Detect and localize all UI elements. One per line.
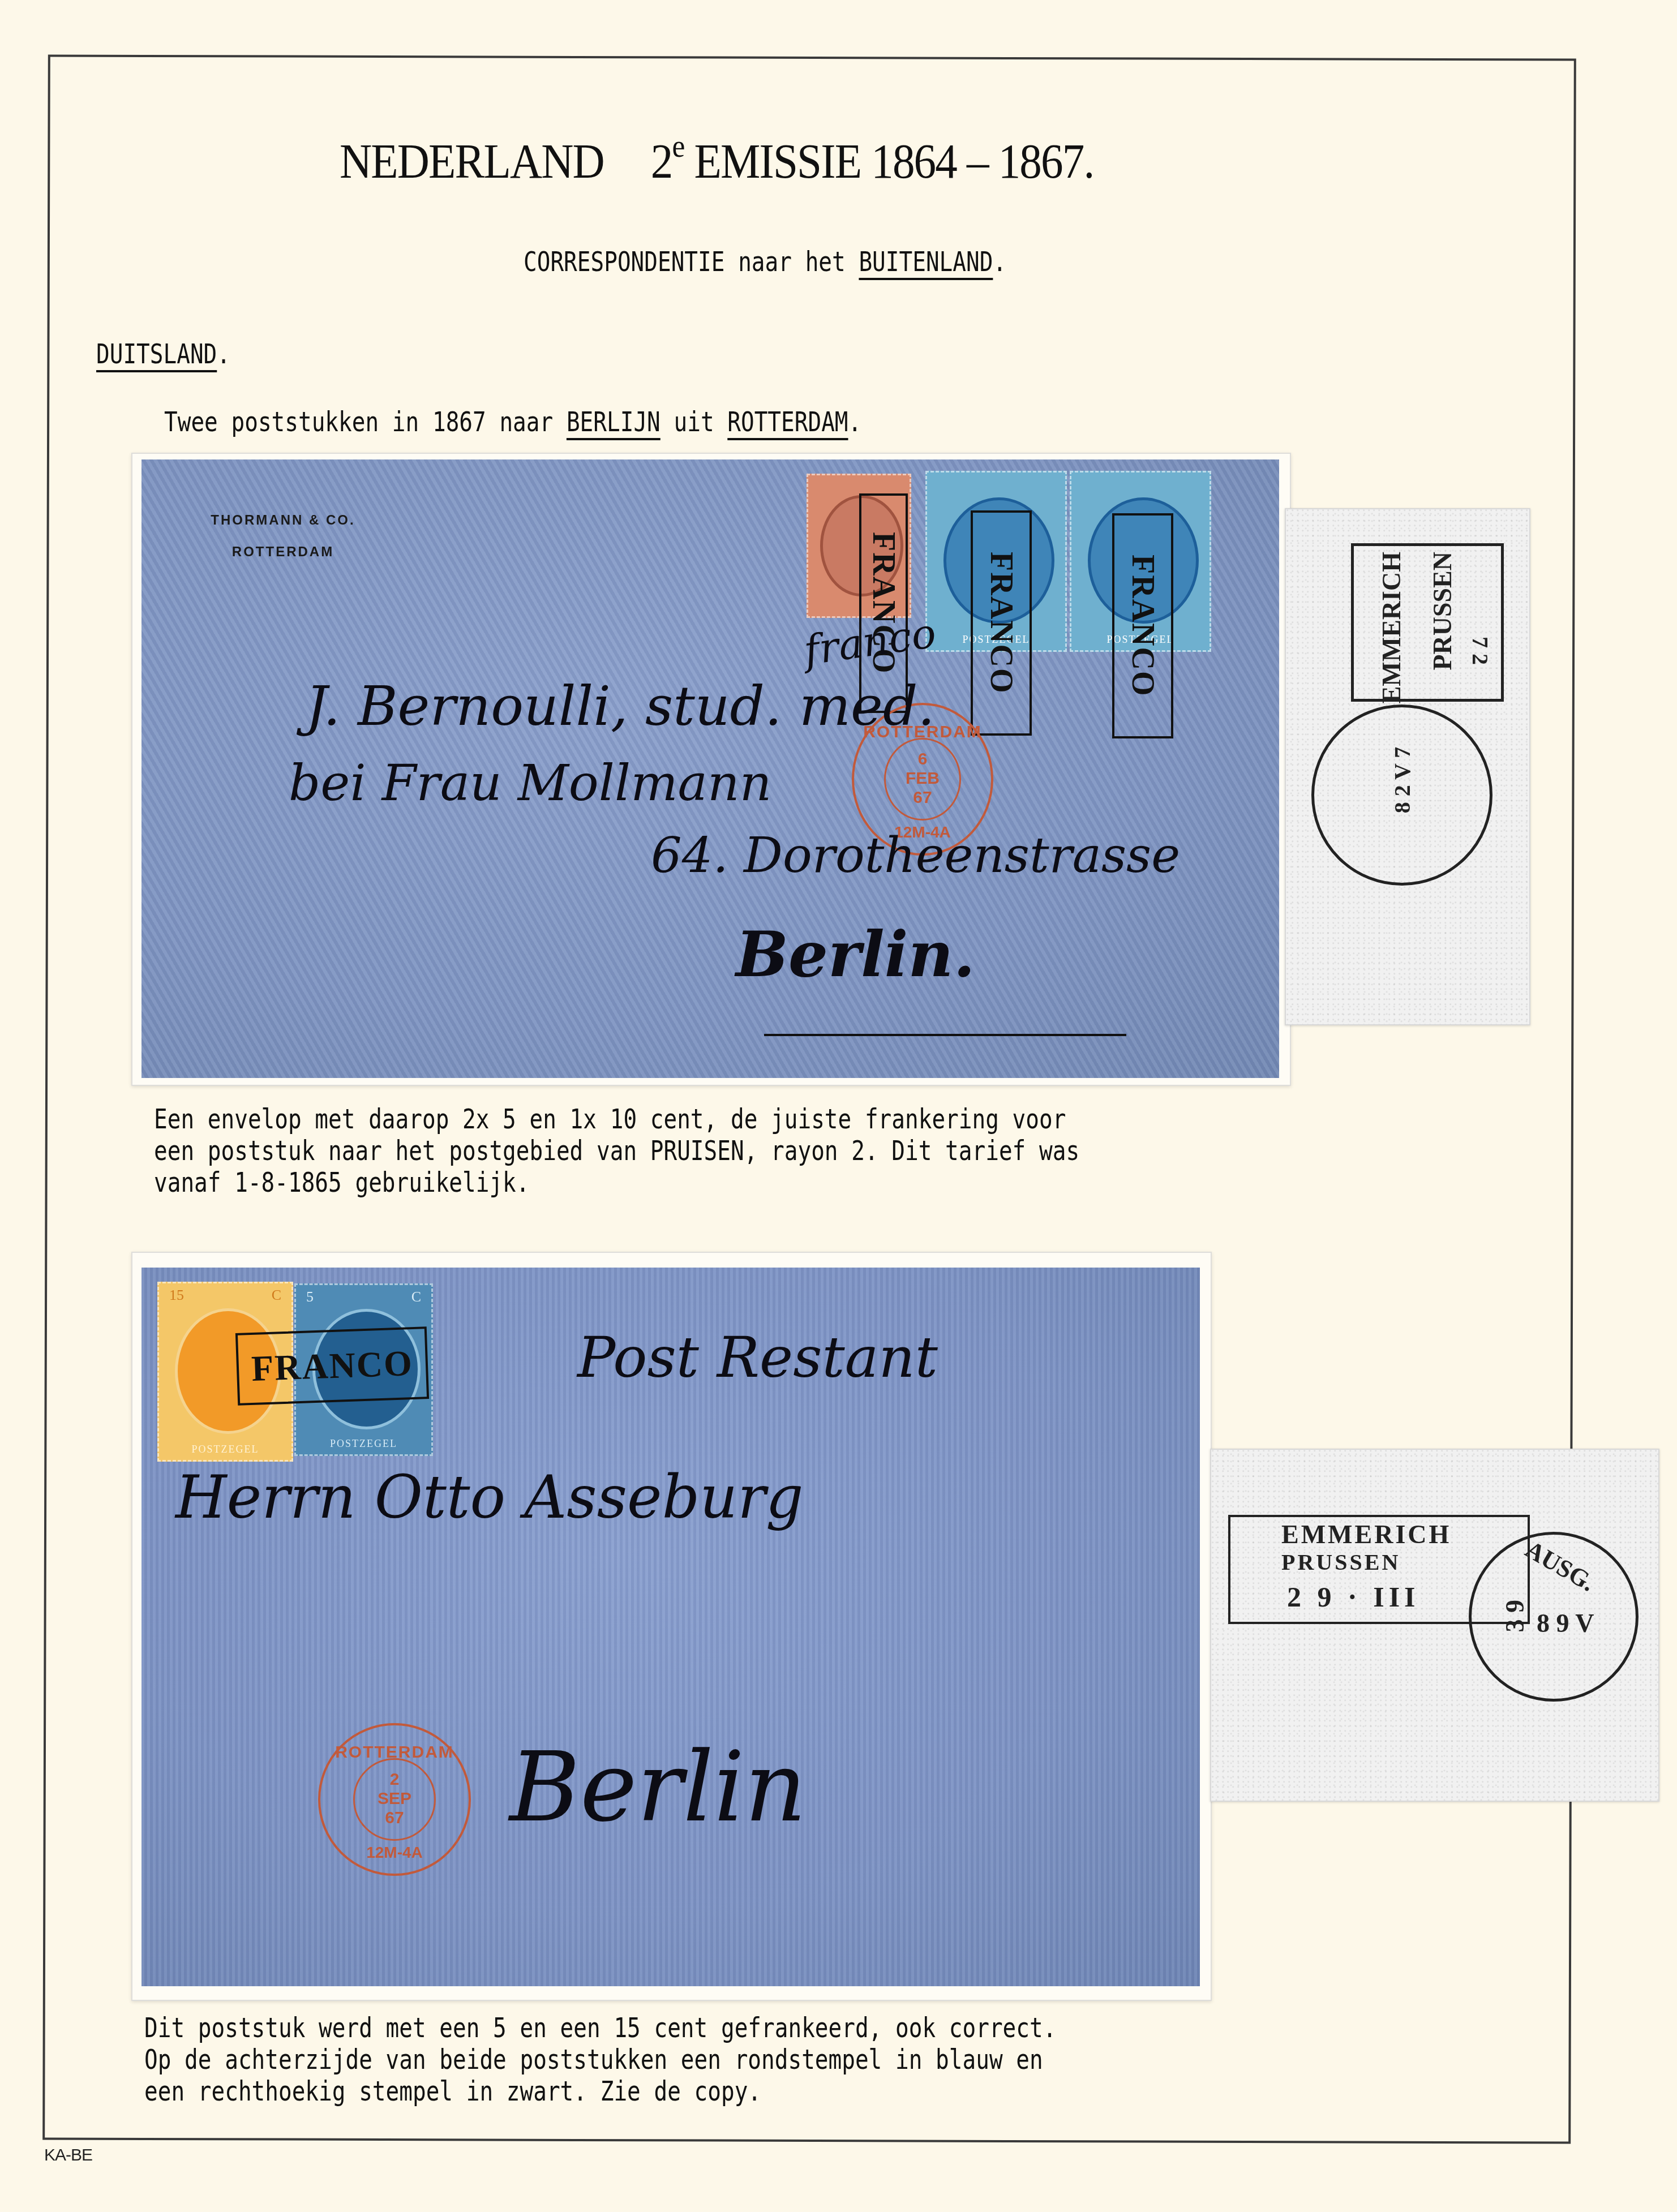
title-country: NEDERLAND [340, 134, 604, 188]
backstamp-date: 7 2 [1467, 637, 1494, 665]
address-recipient: J. Bernoulli, stud. med. [306, 675, 935, 738]
intro-destination: BERLIJN [567, 406, 660, 438]
cover-2-backstamp-copy: EMMERICH PRUSSEN 2 9 · III AUSG. 3 9 8 9… [1210, 1449, 1659, 1802]
intro-text: Twee poststukken in 1867 naar BERLIJN ui… [164, 406, 861, 438]
stamp-label: POSTZEGEL [159, 1444, 291, 1455]
cover-1-sender: THORMANN & CO. ROTTERDAM [192, 505, 374, 568]
cover-1-caption: Een envelop met daarop 2x 5 en 1x 10 cen… [154, 1103, 1079, 1199]
album-page-code: KA-BE [44, 2146, 92, 2165]
caption-line: een rechthoekig stempel in zwart. Zie de… [144, 2076, 1056, 2107]
backstamp-line1: EMMERICH [1376, 552, 1406, 703]
round-backstamp-date: 8 2 V 7 [1389, 693, 1416, 868]
caption-line: Dit poststuk werd met een 5 en een 15 ce… [144, 2012, 1056, 2044]
rectangular-backstamp: EMMERICH PRUSSEN 7 2 [1351, 543, 1504, 702]
round-backstamp-time: 8 9 V [1537, 1608, 1594, 1638]
franco-cancel: FRANCO [235, 1326, 429, 1406]
section-heading: DUITSLAND. [96, 338, 230, 370]
title-issue-suffix: e [672, 129, 684, 164]
cover-1-envelope: THORMANN & CO. ROTTERDAM FRANCO POSTZEGE… [141, 459, 1279, 1078]
cover-2-caption: Dit poststuk werd met een 5 en een 15 ce… [144, 2012, 1056, 2107]
postmark-town: ROTTERDAM [320, 1743, 469, 1762]
subtitle-text: CORRESPONDENTIE naar het [524, 246, 859, 278]
intro-period: . [848, 406, 862, 438]
backstamp-line2: PRUSSEN [1427, 552, 1457, 671]
stamp-label: POSTZEGEL [296, 1438, 431, 1450]
intro-middle: uit [660, 406, 727, 438]
section-heading-text: DUITSLAND [96, 338, 217, 370]
postmark-month: SEP [320, 1789, 469, 1809]
round-backstamp-date: 3 9 [1500, 1600, 1530, 1633]
page-title: NEDERLAND2e EMISSIE 1864 – 1867. [340, 133, 1225, 190]
postmark-month: FEB [854, 769, 991, 788]
intro-prefix: Twee poststukken in 1867 naar [164, 406, 567, 438]
round-backstamp: 8 2 V 7 [1311, 705, 1492, 886]
address-city: Berlin. [736, 918, 975, 991]
caption-line: een poststuk naar het postgebied van PRU… [154, 1135, 1079, 1167]
backstamp-date: 2 9 · III [1287, 1580, 1420, 1613]
sender-city: ROTTERDAM [192, 536, 374, 568]
stamp-value: 15 [169, 1287, 184, 1304]
round-backstamp: AUSG. 3 9 8 9 V [1469, 1532, 1639, 1702]
cover-2-letter: 15 C POSTZEGEL 5 C POSTZEGEL FRANCO ROTT… [141, 1268, 1200, 1986]
caption-line: vanaf 1-8-1865 gebruikelijk. [154, 1167, 1079, 1199]
postmark-date: 2 SEP 67 [320, 1770, 469, 1828]
backstamp-line1: EMMERICH [1281, 1519, 1451, 1549]
postmark-day: 2 [320, 1770, 469, 1789]
cover-1-backstamp-copy: EMMERICH PRUSSEN 7 2 8 2 V 7 [1285, 508, 1530, 1025]
backstamp-line2: PRUSSEN [1281, 1549, 1400, 1575]
address-underline [764, 1034, 1126, 1036]
intro-origin: ROTTERDAM [727, 406, 848, 438]
subtitle-underlined: BUITENLAND [859, 246, 993, 278]
postmark-year: 67 [320, 1809, 469, 1828]
stamp-unit: C [272, 1287, 281, 1304]
section-heading-period: . [217, 338, 230, 370]
postmark-date: 6 FEB 67 [854, 750, 991, 808]
postmark-year: 67 [854, 788, 991, 808]
subtitle-period: . [993, 246, 1006, 278]
address-city: Berlin [509, 1732, 807, 1844]
round-backstamp-label: AUSG. [1520, 1535, 1600, 1597]
address-care-of: bei Frau Mollmann [289, 754, 771, 812]
postmark-time: 12M-4A [320, 1844, 469, 1862]
address-poste-restante: Post Restant [577, 1324, 938, 1390]
caption-line: Op de achterzijde van beide poststukken … [144, 2044, 1056, 2076]
stamp-unit: C [411, 1288, 421, 1305]
postmark-day: 6 [854, 750, 991, 769]
franco-cancel: FRANCO [971, 510, 1032, 736]
title-issue-number: 2 [651, 134, 672, 188]
page-subtitle: CORRESPONDENTIE naar het BUITENLAND. [524, 246, 1006, 278]
sender-name: THORMANN & CO. [192, 505, 374, 536]
address-franco: franco [801, 609, 938, 675]
franco-cancel: FRANCO [1112, 513, 1173, 738]
rotterdam-postmark: ROTTERDAM 2 SEP 67 12M-4A [318, 1723, 471, 1876]
address-street: 64. Dorotheenstrasse [651, 827, 1180, 884]
stamp-value: 5 [306, 1288, 314, 1305]
caption-line: Een envelop met daarop 2x 5 en 1x 10 cen… [154, 1103, 1079, 1135]
address-recipient: Herrn Otto Asseburg [175, 1463, 803, 1532]
title-issue-range: EMISSIE 1864 – 1867. [694, 134, 1093, 188]
